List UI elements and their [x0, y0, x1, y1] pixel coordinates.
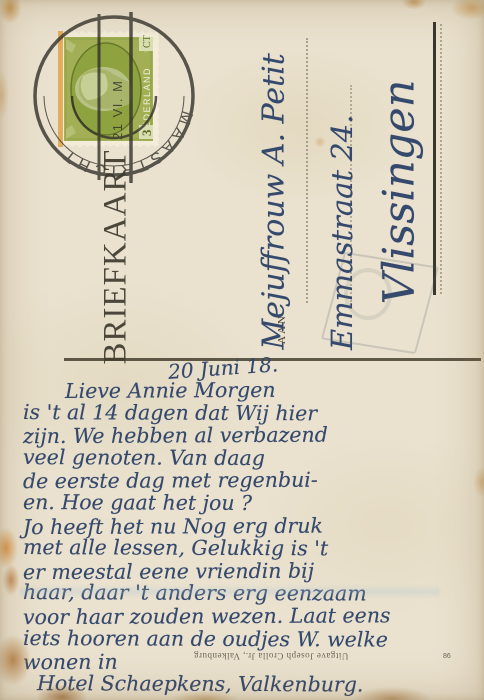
- printed-corner-mark: 86: [443, 653, 451, 660]
- address-dotted-line-1: [306, 38, 308, 303]
- postage-stamp: NEDERLAND CT 3: [56, 30, 161, 148]
- message-line: Hotel Schaepkens, Valkenburg.: [23, 672, 475, 697]
- message-line: en. Hoe gaat het jou ?: [23, 491, 475, 516]
- printer-imprint: Uitgave Joseph Crolla Jr., Valkenburg: [163, 651, 379, 661]
- postmark-date: 21 VI. M: [110, 80, 125, 140]
- stamp-value: 3: [139, 129, 154, 136]
- message-line: met alle lessen, Gelukkig is 't: [23, 536, 475, 561]
- message-line: iets hooren aan de oudjes W. welke: [23, 627, 475, 652]
- message-line: haar, daar 't anders erg eenzaam: [23, 581, 475, 606]
- message-line: Lieve Annie Morgen: [23, 378, 475, 403]
- stamp-gum-edge: [58, 31, 63, 147]
- postcard-back: NEDERLAND CT 3 MAASTRICHT 21 VI. M BRIEF…: [0, 0, 484, 700]
- faint-stamp-smudge: [344, 268, 392, 320]
- message-line: voor haar zouden wezen. Laat eens: [23, 604, 475, 629]
- card-type-label: BRIEFKAART: [91, 149, 141, 366]
- message-line: is 't al 14 dagen dat Wij hier: [23, 401, 475, 426]
- address-dotted-line-3: [440, 24, 442, 294]
- message-line: zijn. We hebben al verbazend: [23, 423, 475, 448]
- message-line: veel genoten. Van daag: [23, 446, 475, 471]
- stamp-value-unit: CT: [142, 35, 153, 48]
- message-body: Lieve Annie Morgen is 't al 14 dagen dat…: [23, 379, 475, 695]
- address-recipient-name: Mejuffrouw A. Petit: [244, 15, 304, 350]
